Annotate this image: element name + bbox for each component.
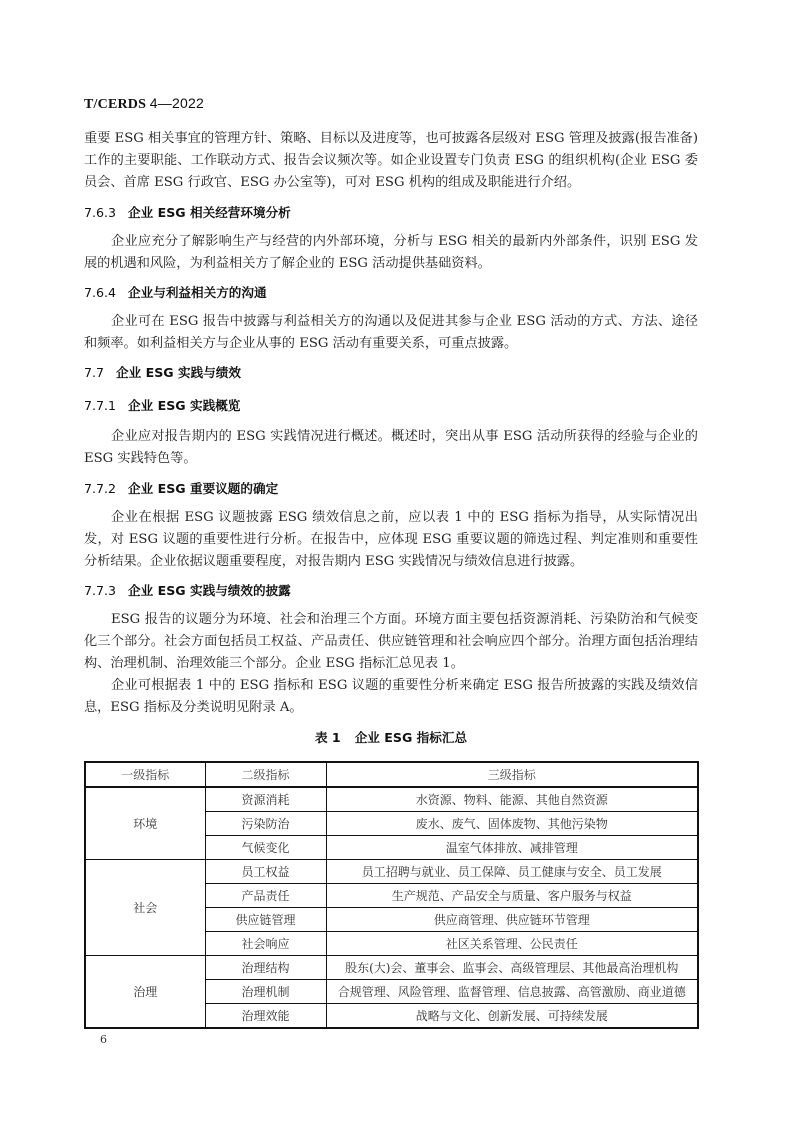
standard-number: 4—2022 [150, 95, 204, 111]
heading-title: 企业 ESG 实践概览 [128, 398, 240, 413]
level3-cell: 水资源、物料、能源、其他自然资源 [326, 787, 698, 812]
paragraph-org-structure: 重要 ESG 相关事宜的管理方针、策略、目标以及进度等，也可披露各层级对 ESG… [84, 128, 698, 194]
level2-cell: 产品责任 [205, 884, 326, 908]
table-row: 治理 治理结构 股东(大)会、董事会、监事会、高级管理层、其他最高治理机构 [85, 956, 698, 980]
level2-cell: 员工权益 [205, 860, 326, 884]
level1-environment: 环境 [85, 787, 205, 860]
level2-cell: 治理效能 [205, 1004, 326, 1029]
level3-cell: 社区关系管理、公民责任 [326, 932, 698, 956]
table-row: 社会 员工权益 员工招聘与就业、员工保障、员工健康与安全、员工发展 [85, 860, 698, 884]
heading-number: 7.6.4 [84, 282, 116, 304]
level2-cell: 气候变化 [205, 836, 326, 860]
heading-title: 企业 ESG 实践与绩效 [116, 365, 241, 380]
paragraph-material-topics: 企业在根据 ESG 议题披露 ESG 绩效信息之前，应以表 1 中的 ESG 指… [84, 507, 698, 573]
level1-social: 社会 [85, 860, 205, 956]
column-header-level3: 三级指标 [326, 762, 698, 787]
level3-cell: 战略与文化、创新发展、可持续发展 [326, 1004, 698, 1029]
standard-identifier: T/CERDS 4—2022 [84, 95, 204, 113]
table-caption: 表 1企业 ESG 指标汇总 [84, 727, 698, 746]
column-header-level1: 一级指标 [85, 762, 205, 787]
table-caption-label: 表 1 [315, 730, 341, 745]
heading-title: 企业 ESG 实践与绩效的披露 [128, 583, 291, 598]
page-number: 6 [100, 1033, 107, 1046]
heading-7-7-3: 7.7.3企业 ESG 实践与绩效的披露 [84, 580, 698, 602]
paragraph-disclosure-basis: 企业可根据表 1 中的 ESG 指标和 ESG 议题的重要性分析来确定 ESG … [84, 675, 698, 719]
heading-number: 7.7.2 [84, 478, 116, 500]
paragraph-practice-overview: 企业应对报告期内的 ESG 实践情况进行概述。概述时，突出从事 ESG 活动所获… [84, 426, 698, 470]
table-caption-title: 企业 ESG 指标汇总 [355, 730, 467, 745]
heading-7-6-3: 7.6.3企业 ESG 相关经营环境分析 [84, 202, 698, 224]
paragraph-stakeholder-communication: 企业可在 ESG 报告中披露与利益相关方的沟通以及促进其参与企业 ESG 活动的… [84, 311, 698, 355]
heading-7-6-4: 7.6.4企业与利益相关方的沟通 [84, 282, 698, 304]
level3-cell: 生产规范、产品安全与质量、客户服务与权益 [326, 884, 698, 908]
table-header-row: 一级指标 二级指标 三级指标 [85, 762, 698, 787]
heading-number: 7.7.1 [84, 395, 116, 417]
level3-cell: 温室气体排放、减排管理 [326, 836, 698, 860]
paragraph-business-environment: 企业应充分了解影响生产与经营的内外部环境，分析与 ESG 相关的最新内外部条件，… [84, 231, 698, 275]
standard-prefix: T/CERDS [84, 97, 146, 112]
heading-7-7-1: 7.7.1企业 ESG 实践概览 [84, 395, 698, 417]
table-row: 环境 资源消耗 水资源、物料、能源、其他自然资源 [85, 787, 698, 812]
level2-cell: 污染防治 [205, 812, 326, 836]
heading-number: 7.6.3 [84, 202, 116, 224]
heading-title: 企业与利益相关方的沟通 [128, 285, 267, 300]
paragraph-topic-categories: ESG 报告的议题分为环境、社会和治理三个方面。环境方面主要包括资源消耗、污染防… [84, 609, 698, 675]
level3-cell: 员工招聘与就业、员工保障、员工健康与安全、员工发展 [326, 860, 698, 884]
heading-number: 7.7 [84, 362, 104, 384]
document-body: 重要 ESG 相关事宜的管理方针、策略、目标以及进度等，也可披露各层级对 ESG… [84, 128, 698, 719]
level2-cell: 治理机制 [205, 980, 326, 1004]
level2-cell: 社会响应 [205, 932, 326, 956]
level2-cell: 资源消耗 [205, 787, 326, 812]
level2-cell: 供应链管理 [205, 908, 326, 932]
level3-cell: 供应商管理、供应链环节管理 [326, 908, 698, 932]
level2-cell: 治理结构 [205, 956, 326, 980]
heading-title: 企业 ESG 重要议题的确定 [128, 481, 278, 496]
heading-number: 7.7.3 [84, 580, 116, 602]
level1-governance: 治理 [85, 956, 205, 1029]
heading-title: 企业 ESG 相关经营环境分析 [128, 205, 291, 220]
level3-cell: 废水、废气、固体废物、其他污染物 [326, 812, 698, 836]
heading-7-7: 7.7企业 ESG 实践与绩效 [84, 362, 698, 384]
esg-indicator-table: 一级指标 二级指标 三级指标 环境 资源消耗 水资源、物料、能源、其他自然资源 … [84, 761, 699, 1029]
level3-cell: 股东(大)会、董事会、监事会、高级管理层、其他最高治理机构 [326, 956, 698, 980]
column-header-level2: 二级指标 [205, 762, 326, 787]
level3-cell: 合规管理、风险管理、监督管理、信息披露、高管激励、商业道德 [326, 980, 698, 1004]
heading-7-7-2: 7.7.2企业 ESG 重要议题的确定 [84, 478, 698, 500]
